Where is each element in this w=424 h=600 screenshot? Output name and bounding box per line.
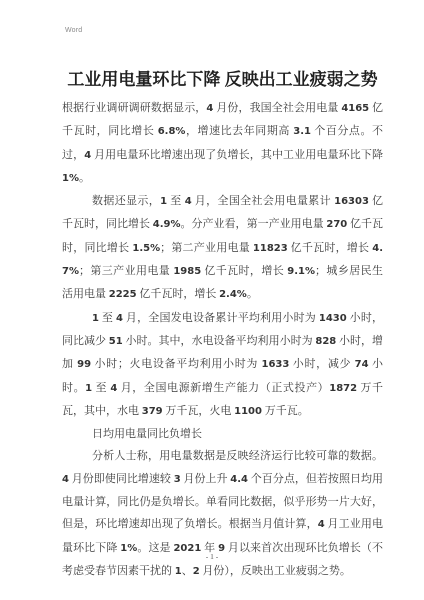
numeric-value: 4.9% bbox=[153, 219, 181, 230]
text-run: 亿千瓦时，增长 bbox=[201, 265, 287, 277]
numeric-value: 99 bbox=[77, 359, 91, 370]
numeric-value: 4 bbox=[62, 474, 69, 485]
numeric-value: 11823 bbox=[253, 243, 288, 254]
text-run: 小时，减少 bbox=[289, 358, 354, 370]
text-run: 月份上升 bbox=[181, 473, 231, 485]
numeric-value: 3 bbox=[174, 474, 181, 485]
text-run: 。 bbox=[79, 172, 90, 184]
numeric-value: 1430 bbox=[319, 313, 347, 324]
numeric-value: 51 bbox=[109, 336, 123, 347]
text-run: 至 bbox=[99, 312, 116, 324]
numeric-value: 1 bbox=[92, 313, 99, 324]
text-run: 小时。其中，水电设备平均利用小时为 bbox=[123, 335, 316, 347]
numeric-value: 270 bbox=[326, 219, 347, 230]
numeric-value: 9.1% bbox=[287, 266, 315, 277]
numeric-value: 1% bbox=[62, 173, 79, 184]
subheading-daily-usage: 日均用电量同比负增长 bbox=[62, 423, 383, 445]
numeric-value: 828 bbox=[315, 336, 336, 347]
page-number: - 1 - bbox=[0, 552, 424, 561]
text-run: ；第二产业用电量 bbox=[160, 242, 253, 254]
numeric-value: 4.4 bbox=[230, 474, 248, 485]
text-run: 月份即使同比增速较 bbox=[69, 473, 174, 485]
text-run: 月，全国发电设备累计平均利用小时为 bbox=[123, 312, 319, 324]
text-run: ，增速比去年同期高 bbox=[185, 125, 293, 137]
text-run: 日均用电量同比负增长 bbox=[92, 428, 202, 440]
text-run: 万千瓦。 bbox=[262, 405, 309, 417]
text-run: 亿千瓦时，增长 bbox=[288, 242, 373, 254]
text-run: 。分产业看，第一产业用电量 bbox=[181, 218, 327, 230]
numeric-value: 4165 bbox=[341, 103, 369, 114]
cumulative-data-paragraph: 数据还显示，1 至 4 月，全国全社会用电量累计 16303 亿千瓦时，同比增长… bbox=[62, 190, 383, 306]
text-run: 根据行业调研调研数据显示， bbox=[62, 102, 206, 114]
text-run: 小时；火电设备平均利用小时为 bbox=[91, 358, 261, 370]
equipment-hours-paragraph: 1 至 4 月，全国发电设备累计平均利用小时为 1430 小时，同比减少 51 … bbox=[62, 307, 383, 423]
text-run: 分析人士称，用电量数据是反映经济运行比较可靠的数据。 bbox=[92, 450, 383, 462]
text-run: 。 bbox=[247, 288, 258, 300]
text-run: 、 bbox=[182, 565, 193, 577]
numeric-value: 1.5% bbox=[132, 243, 160, 254]
text-run: 月，全国电源新增生产能力（正式投产） bbox=[117, 382, 329, 394]
numeric-value: 4 bbox=[185, 196, 192, 207]
text-run: 至 bbox=[167, 195, 185, 207]
text-run: 月用电量环比增速出现了负增长，其中工业用电量环比下降 bbox=[91, 149, 383, 161]
numeric-value: 1985 bbox=[173, 266, 201, 277]
numeric-value: 2225 bbox=[109, 289, 137, 300]
text-run: 月份），反映出工业疲弱之势。 bbox=[200, 565, 351, 577]
numeric-value: 3.1 bbox=[293, 126, 311, 137]
word-watermark-label: Word bbox=[65, 27, 82, 34]
numeric-value: 4 bbox=[318, 519, 325, 530]
document-body: 根据行业调研调研数据显示，4 月份，我国全社会用电量 4165 亿千瓦时，同比增… bbox=[62, 97, 383, 583]
document-page: Word 工业用电量环比下降 反映出工业疲弱之势 根据行业调研调研数据显示，4 … bbox=[0, 0, 424, 600]
intro-paragraph: 根据行业调研调研数据显示，4 月份，我国全社会用电量 4165 亿千瓦时，同比增… bbox=[62, 97, 383, 190]
numeric-value: 4 bbox=[116, 313, 123, 324]
numeric-value: 16303 bbox=[334, 196, 369, 207]
text-run: ；第三产业用电量 bbox=[79, 265, 173, 277]
analysis-paragraph: 分析人士称，用电量数据是反映经济运行比较可靠的数据。4 月份即使同比增速较 3 … bbox=[62, 445, 383, 583]
numeric-value: 1872 bbox=[329, 383, 357, 394]
numeric-value: 2.4% bbox=[219, 289, 247, 300]
document-title: 工业用电量环比下降 反映出工业疲弱之势 bbox=[62, 68, 383, 92]
numeric-value: 1100 bbox=[234, 406, 262, 417]
numeric-value: 74 bbox=[355, 359, 369, 370]
numeric-value: 1 bbox=[175, 566, 182, 577]
text-run: 万千瓦，火电 bbox=[163, 405, 235, 417]
numeric-value: 6.8% bbox=[158, 126, 186, 137]
text-run: 月份，我国全社会用电量 bbox=[213, 102, 341, 114]
numeric-value: 2 bbox=[193, 566, 200, 577]
numeric-value: 379 bbox=[142, 406, 163, 417]
text-run: 数据还显示， bbox=[92, 195, 160, 207]
text-run: 亿千瓦时，增长 bbox=[137, 288, 220, 300]
text-run: 月，全国全社会用电量累计 bbox=[192, 195, 334, 207]
text-run: 至 bbox=[92, 382, 110, 394]
numeric-value: 1633 bbox=[262, 359, 290, 370]
